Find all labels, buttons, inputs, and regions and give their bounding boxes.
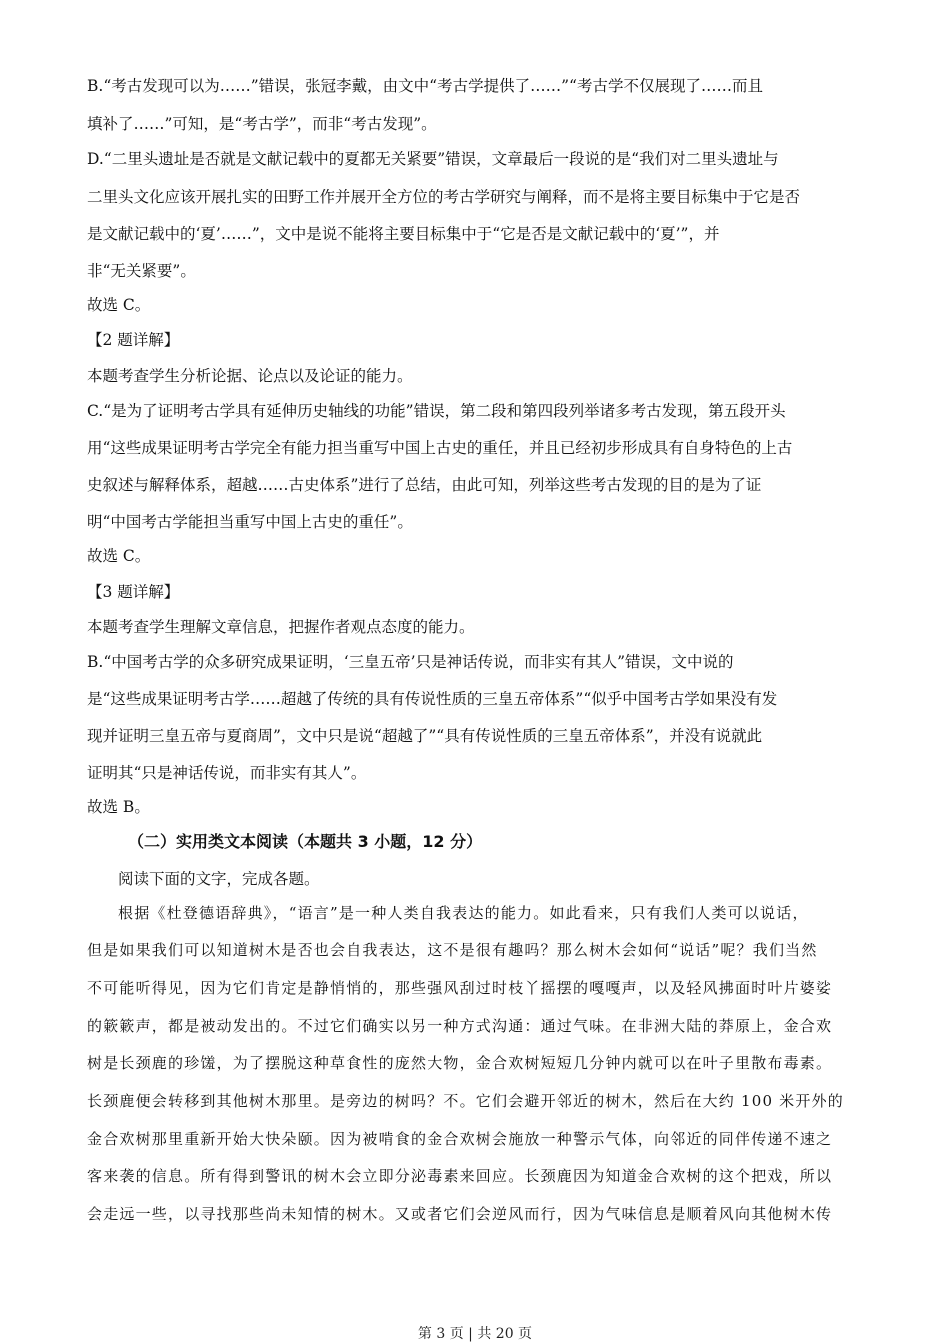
text-line: 【2 题详解】 — [87, 330, 179, 350]
text-line: 是“这些成果证明考古学……超越了传统的具有传说性质的三皇五帝体系”“似乎中国考古… — [87, 689, 777, 709]
text-line: 本题考查学生理解文章信息，把握作者观点态度的能力。 — [87, 617, 475, 637]
passage-line: 的簌簌声，都是被动发出的。不过它们确实以另一种方式沟通：通过气味。在非洲大陆的莽… — [87, 1016, 832, 1036]
reading-instruction: 阅读下面的文字，完成各题。 — [118, 869, 320, 889]
page-footer: 第 3 页 | 共 20 页 — [0, 1323, 950, 1343]
text-line: 故选 C。 — [87, 295, 150, 315]
passage-line: 会走远一些，以寻找那些尚未知情的树木。又或者它们会逆风而行，因为气味信息是顺着风… — [87, 1204, 832, 1224]
text-line: 史叙述与解释体系，超越……古史体系”进行了总结，由此可知，列举这些考古发现的目的… — [87, 475, 761, 495]
document-page: B.“考古发现可以为……”错误，张冠李戴，由文中“考古学提供了……”“考古学不仅… — [0, 0, 950, 1344]
text-line: 非“无关紧要”。 — [87, 261, 196, 281]
text-line: 证明其“只是神话传说，而非实有其人”。 — [87, 763, 366, 783]
text-line: 【3 题详解】 — [87, 582, 179, 602]
text-line: 现并证明三皇五帝与夏商周”，文中只是说“超越了”“具有传说性质的三皇五帝体系”，… — [87, 726, 762, 746]
passage-line: 客来袭的信息。所有得到警讯的树木会立即分泌毒素来回应。长颈鹿因为知道金合欢树的这… — [87, 1166, 832, 1186]
passage-line: 但是如果我们可以知道树木是否也会自我表达，这不是很有趣吗？那么树木会如何“说话”… — [87, 940, 818, 960]
passage-line: 金合欢树那里重新开始大快朵颐。因为被啃食的金合欢树会施放一种警示气体，向邻近的同… — [87, 1129, 832, 1149]
text-line: 故选 C。 — [87, 546, 150, 566]
text-line: C.“是为了证明考古学具有延伸历史轴线的功能”错误，第二段和第四段列举诸多考古发… — [87, 401, 786, 421]
passage-line: 根据《杜登德语辞典》，“语言”是一种人类自我表达的能力。如此看来，只有我们人类可… — [118, 903, 809, 923]
text-line: 二里头文化应该开展扎实的田野工作并展开全方位的考古学研究与阐释，而不是将主要目标… — [87, 187, 800, 207]
passage-line: 长颈鹿便会转移到其他树木那里。是旁边的树吗？不。它们会避开邻近的树木，然后在大约… — [87, 1091, 844, 1111]
text-line: 本题考查学生分析论据、论点以及论证的能力。 — [87, 366, 413, 386]
passage-line: 树是长颈鹿的珍馐，为了摆脱这种草食性的庞然大物，金合欢树短短几分钟内就可以在叶子… — [87, 1053, 832, 1073]
text-line: 是文献记载中的‘夏’……”，文中是说不能将主要目标集中于“它是否是文献记载中的‘… — [87, 224, 719, 244]
section-heading: （二）实用类文本阅读（本题共 3 小题，12 分） — [128, 832, 482, 852]
text-line: D.“二里头遗址是否就是文献记载中的夏都无关紧要”错误，文章最后一段说的是“我们… — [87, 149, 779, 169]
passage-line: 不可能听得见，因为它们肯定是静悄悄的，那些强风刮过时枝丫摇摆的嘎嘎声，以及轻风拂… — [87, 978, 832, 998]
text-line: B.“考古发现可以为……”错误，张冠李戴，由文中“考古学提供了……”“考古学不仅… — [87, 76, 763, 96]
text-line: 填补了……”可知，是“考古学”，而非“考古发现”。 — [87, 114, 437, 134]
text-line: 明“中国考古学能担当重写中国上古史的重任”。 — [87, 512, 413, 532]
text-line: B.“中国考古学的众多研究成果证明，‘三皇五帝’只是神话传说，而非实有其人”错误… — [87, 652, 734, 672]
text-line: 故选 B。 — [87, 797, 150, 817]
text-line: 用“这些成果证明考古学完全有能力担当重写中国上古史的重任，并且已经初步形成具有自… — [87, 438, 792, 458]
